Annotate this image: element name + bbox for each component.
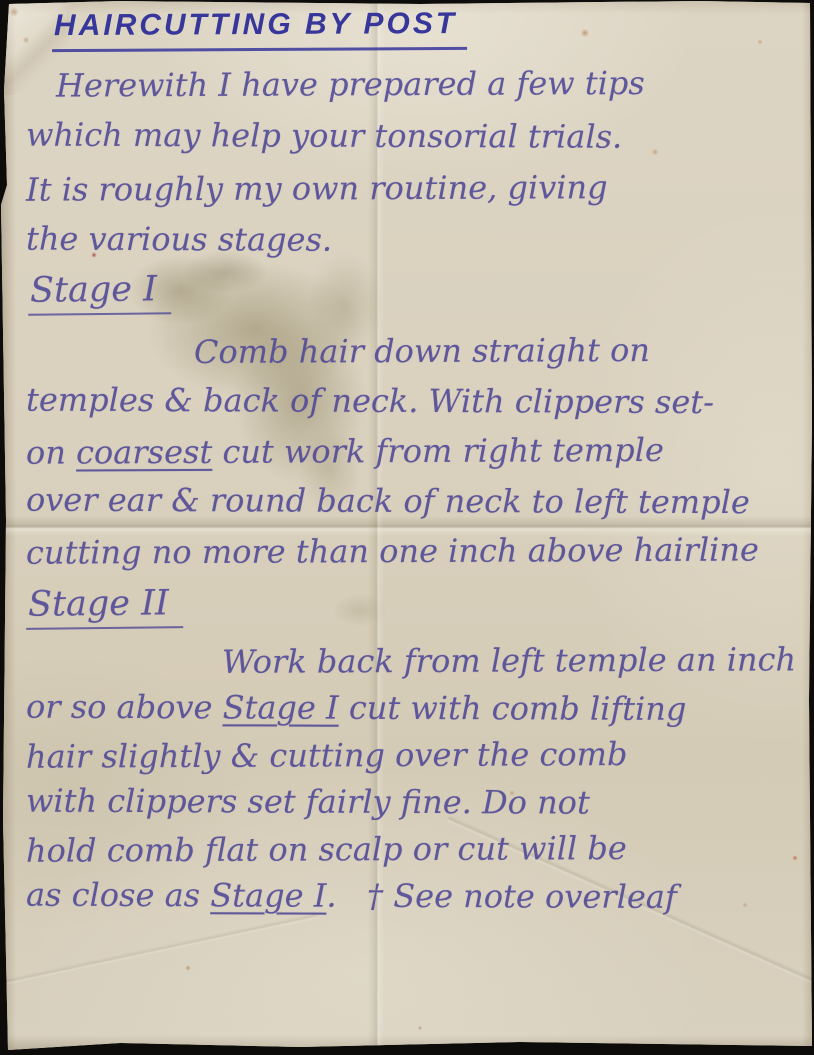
paper-sheet: HAIRCUTTING BY POST Herewith I have prep… <box>0 0 814 1055</box>
handwritten-line: with clippers set fairly fine. Do not <box>26 778 810 828</box>
stage2-paragraph: Work back from left temple an inchor so … <box>26 638 810 920</box>
page-title: HAIRCUTTING BY POST <box>52 7 467 52</box>
handwritten-line: hold comb flat on scalp or cut will be <box>26 824 810 874</box>
handwritten-line: hair slightly & cutting over the comb <box>26 730 810 780</box>
handwritten-line: or so above Stage I cut with comb liftin… <box>26 684 810 734</box>
handwritten-line: as close as Stage I. † See note overleaf <box>26 872 810 922</box>
handwritten-line: Comb hair down straight on <box>26 324 810 377</box>
handwritten-line: temples & back of neck. With clippers se… <box>26 375 810 428</box>
stage1-paragraph: Comb hair down straight ontemples & back… <box>26 326 810 576</box>
handwritten-line: over ear & round back of neck to left te… <box>26 475 810 528</box>
handwritten-line: which may help your tonsorial trials. <box>26 109 810 164</box>
handwritten-line: cutting no more than one inch above hair… <box>26 524 810 577</box>
stage2-heading: Stage II <box>26 583 183 630</box>
scanned-letter: HAIRCUTTING BY POST Herewith I have prep… <box>0 0 814 1055</box>
stage1-heading: Stage I <box>28 269 171 315</box>
intro-paragraph: Herewith I have prepared a few tipswhich… <box>26 58 810 266</box>
handwritten-line: on coarsest cut work from right temple <box>26 424 810 477</box>
handwritten-line: It is roughly my own routine, giving <box>26 160 810 215</box>
handwritten-line: Herewith I have prepared a few tips <box>26 56 810 111</box>
handwritten-line: the various stages. <box>26 213 810 268</box>
handwritten-line: Work back from left temple an inch <box>26 636 810 686</box>
diagonal-crease <box>0 913 317 995</box>
